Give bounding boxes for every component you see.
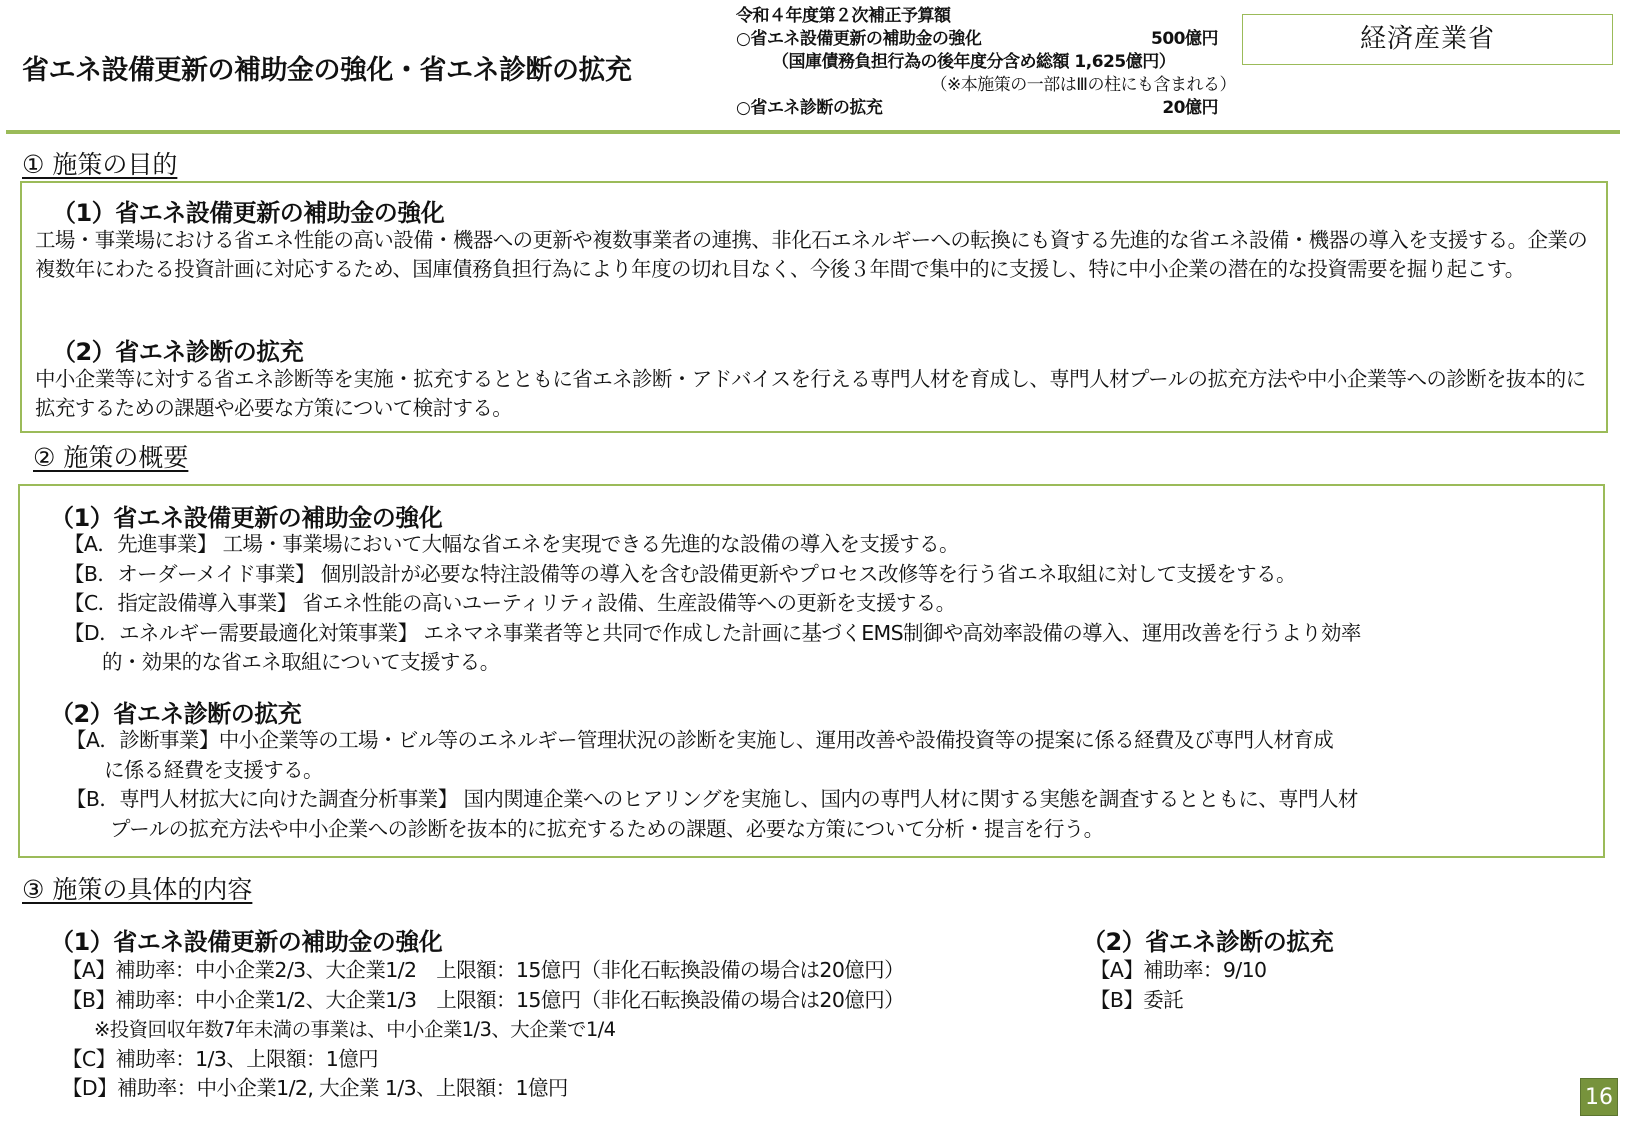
purpose-box: （1）省エネ設備更新の補助金の強化 工場・事業場における省エネ性能の高い設備・機… (20, 181, 1608, 433)
budget-line-amount: 500億円 (1151, 28, 1218, 51)
details-sub1-list: 【A】補助率：中小企業2/3、大企業1/2 上限額：15億円（非化石転換設備の場… (62, 956, 904, 1104)
list-item: 【D】補助率：中小企業1/2, 大企業 1/3、上限額：1億円 (62, 1074, 904, 1104)
list-item: 【B．オーダーメイド事業】 個別設計が必要な特注設備等の導入を含む設備更新やプロ… (64, 560, 1361, 590)
list-note: ※投資回収年数7年未満の事業は、中小企業1/3、大企業で1/4 (62, 1015, 904, 1045)
budget-note: （※本施策の一部はⅢの柱にも含まれる） (736, 74, 1236, 97)
list-item: 【A．先進事業】 工場・事業場において大幅な省エネを実現できる先進的な設備の導入… (64, 530, 1361, 560)
budget-summary: 令和４年度第２次補正予算額 ○省エネ設備更新の補助金の強化 500億円 （国庫債… (736, 5, 1236, 120)
list-item: 【B】補助率：中小企業1/2、大企業1/3 上限額：15億円（非化石転換設備の場… (62, 986, 904, 1016)
ministry-label: 経済産業省 (1242, 14, 1613, 65)
overview-sub2-title: （2）省エネ診断の拡充 (50, 694, 301, 729)
list-item: 【D．エネルギー需要最適化対策事業】 エネマネ事業者等と共同で作成した計画に基づ… (64, 619, 1361, 678)
section-heading-details: ③ 施策の具体的内容 (22, 870, 252, 906)
list-item: 【A】補助率：9/10 (1090, 956, 1266, 986)
budget-line-label: ○省エネ設備更新の補助金の強化 (736, 29, 981, 49)
page-title: 省エネ設備更新の補助金の強化・省エネ診断の拡充 (22, 48, 632, 87)
budget-line: ○省エネ診断の拡充 20億円 (736, 97, 1236, 120)
page-number-badge: 16 (1580, 1078, 1618, 1116)
budget-line: （国庫債務負担行為の後年度分含め総額 1,625億円） (736, 51, 1236, 74)
overview-box: （1）省エネ設備更新の補助金の強化 【A．先進事業】 工場・事業場において大幅な… (18, 484, 1605, 858)
purpose-sub2-text: 中小企業等に対する省エネ診断等を実施・拡充するとともに省エネ診断・アドバイスを行… (35, 365, 1600, 423)
list-item: 【A．診断事業】中小企業等の工場・ビル等のエネルギー管理状況の診断を実施し、運用… (66, 726, 1358, 785)
overview-sub2-list: 【A．診断事業】中小企業等の工場・ビル等のエネルギー管理状況の診断を実施し、運用… (66, 726, 1358, 844)
list-item: 【C．指定設備導入事業】 省エネ性能の高いユーティリティ設備、生産設備等への更新… (64, 589, 1361, 619)
list-item: 【B】委託 (1090, 986, 1266, 1016)
purpose-sub1-text: 工場・事業場における省エネ性能の高い設備・機器への更新や複数事業者の連携、非化石… (35, 226, 1600, 284)
details-sub1-title: （1）省エネ設備更新の補助金の強化 (50, 922, 442, 957)
section-heading-overview: ② 施策の概要 (33, 438, 188, 474)
list-item: 【A】補助率：中小企業2/3、大企業1/2 上限額：15億円（非化石転換設備の場… (62, 956, 904, 986)
purpose-sub1-title: （1）省エネ設備更新の補助金の強化 (52, 193, 444, 228)
overview-sub1-title: （1）省エネ設備更新の補助金の強化 (50, 498, 442, 533)
budget-line: ○省エネ設備更新の補助金の強化 500億円 (736, 28, 1236, 51)
overview-sub1-list: 【A．先進事業】 工場・事業場において大幅な省エネを実現できる先進的な設備の導入… (64, 530, 1361, 678)
header-divider (6, 130, 1620, 134)
details-sub2-list: 【A】補助率：9/10 【B】委託 (1090, 956, 1266, 1015)
budget-heading: 令和４年度第２次補正予算額 (736, 5, 1236, 28)
budget-line-label: ○省エネ診断の拡充 (736, 98, 882, 118)
details-sub2-title: （2）省エネ診断の拡充 (1082, 922, 1333, 957)
list-item: 【B．専門人材拡大に向けた調査分析事業】 国内関連企業へのヒアリングを実施し、国… (66, 785, 1358, 844)
budget-line-amount: 20億円 (1162, 97, 1218, 120)
list-item: 【C】補助率：1/3、上限額：1億円 (62, 1045, 904, 1075)
section-heading-purpose: ① 施策の目的 (22, 145, 177, 181)
purpose-sub2-title: （2）省エネ診断の拡充 (52, 332, 303, 367)
